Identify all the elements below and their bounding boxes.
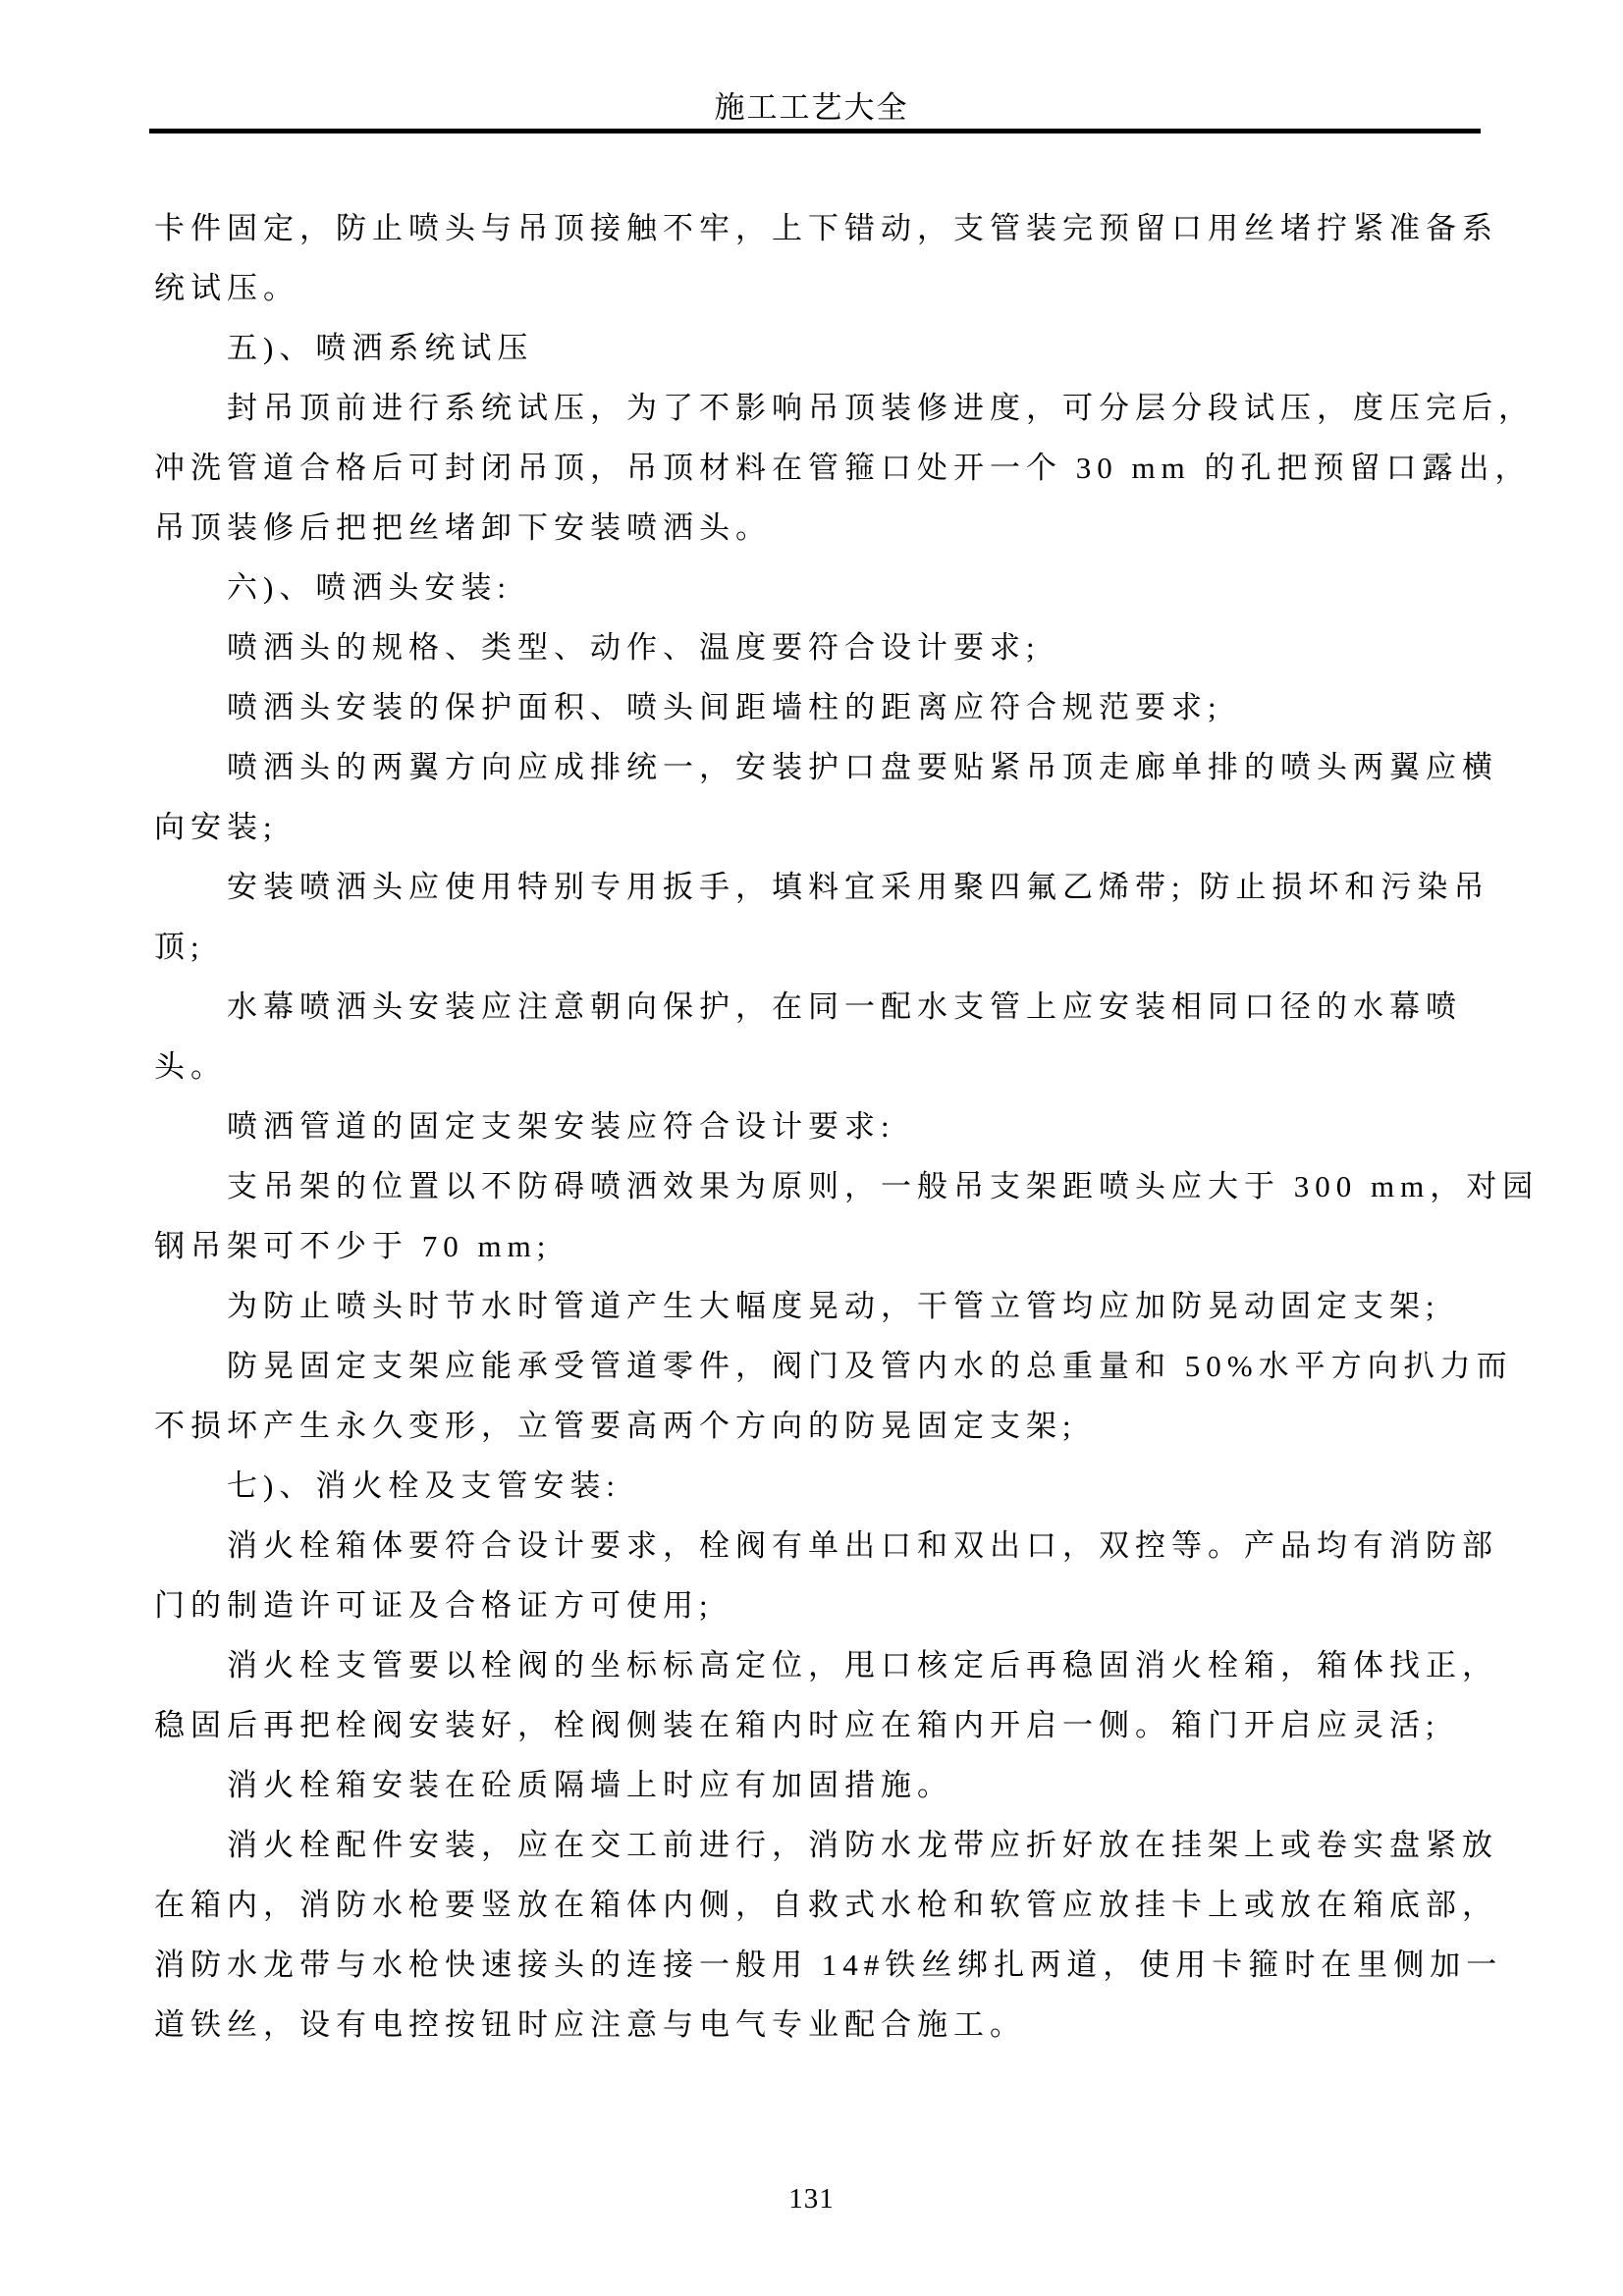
text-line: 五)、喷洒系统试压	[154, 318, 1475, 378]
text-line: 喷洒头的两翼方向应成排统一，安装护口盘要贴紧吊顶走廊单排的喷头两翼应横	[154, 737, 1475, 797]
text-line: 吊顶装修后把把丝堵卸下安装喷洒头。	[154, 498, 1475, 558]
text-line: 七)、消火栓及支管安装:	[154, 1456, 1475, 1516]
text-line: 喷洒管道的固定支架安装应符合设计要求:	[154, 1096, 1475, 1156]
page-number: 131	[788, 2183, 835, 2215]
text-line: 卡件固定，防止喷头与吊顶接触不牢，上下错动，支管装完预留口用丝堵拧紧准备系	[154, 198, 1475, 258]
page-footer: 131	[0, 2183, 1623, 2216]
text-line: 向安装;	[154, 797, 1475, 857]
text-line: 道铁丝，设有电控按钮时应注意与电气专业配合施工。	[154, 1995, 1475, 2055]
text-line: 稳固后再把栓阀安装好，栓阀侧装在箱内时应在箱内开启一侧。箱门开启应灵活;	[154, 1695, 1475, 1755]
body-text: 卡件固定，防止喷头与吊顶接触不牢，上下错动，支管装完预留口用丝堵拧紧准备系统试压…	[154, 198, 1475, 2055]
text-line: 冲洗管道合格后可封闭吊顶，吊顶材料在管箍口处开一个 30 mm 的孔把预留口露出…	[154, 438, 1475, 498]
document-page: 施工工艺大全 卡件固定，防止喷头与吊顶接触不牢，上下错动，支管装完预留口用丝堵拧…	[0, 0, 1623, 2296]
text-line: 喷洒头的规格、类型、动作、温度要符合设计要求;	[154, 617, 1475, 677]
page-header-title: 施工工艺大全	[0, 82, 1623, 127]
text-line: 为防止喷头时节水时管道产生大幅度晃动，干管立管均应加防晃动固定支架;	[154, 1276, 1475, 1336]
text-line: 在箱内，消防水枪要竖放在箱体内侧，自救式水枪和软管应放挂卡上或放在箱底部，	[154, 1875, 1475, 1935]
text-line: 不损坏产生永久变形，立管要高两个方向的防晃固定支架;	[154, 1396, 1475, 1456]
text-line: 消火栓配件安装，应在交工前进行，消防水龙带应折好放在挂架上或卷实盘紧放	[154, 1815, 1475, 1875]
text-line: 门的制造许可证及合格证方可使用;	[154, 1575, 1475, 1635]
text-line: 消火栓箱安装在砼质隔墙上时应有加固措施。	[154, 1755, 1475, 1815]
text-line: 消火栓箱体要符合设计要求，栓阀有单出口和双出口，双控等。产品均有消防部	[154, 1516, 1475, 1575]
text-line: 消火栓支管要以栓阀的坐标标高定位，甩口核定后再稳固消火栓箱，箱体找正，	[154, 1635, 1475, 1695]
text-line: 支吊架的位置以不防碍喷洒效果为原则，一般吊支架距喷头应大于 300 mm，对园	[154, 1156, 1475, 1216]
text-line: 顶;	[154, 917, 1475, 977]
text-line: 水幕喷洒头安装应注意朝向保护，在同一配水支管上应安装相同口径的水幕喷	[154, 977, 1475, 1037]
text-line: 六)、喷洒头安装:	[154, 558, 1475, 617]
text-line: 钢吊架可不少于 70 mm;	[154, 1216, 1475, 1276]
text-line: 头。	[154, 1037, 1475, 1096]
text-line: 消防水龙带与水枪快速接头的连接一般用 14#铁丝绑扎两道，使用卡箍时在里侧加一	[154, 1935, 1475, 1995]
text-line: 喷洒头安装的保护面积、喷头间距墙柱的距离应符合规范要求;	[154, 677, 1475, 737]
text-line: 安装喷洒头应使用特别专用扳手，填料宜采用聚四氟乙烯带; 防止损坏和污染吊	[154, 857, 1475, 917]
text-line: 封吊顶前进行系统试压，为了不影响吊顶装修进度，可分层分段试压，度压完后，	[154, 378, 1475, 438]
text-line: 防晃固定支架应能承受管道零件，阀门及管内水的总重量和 50%水平方向扒力而	[154, 1336, 1475, 1396]
text-line: 统试压。	[154, 258, 1475, 318]
header-rule	[149, 129, 1481, 133]
